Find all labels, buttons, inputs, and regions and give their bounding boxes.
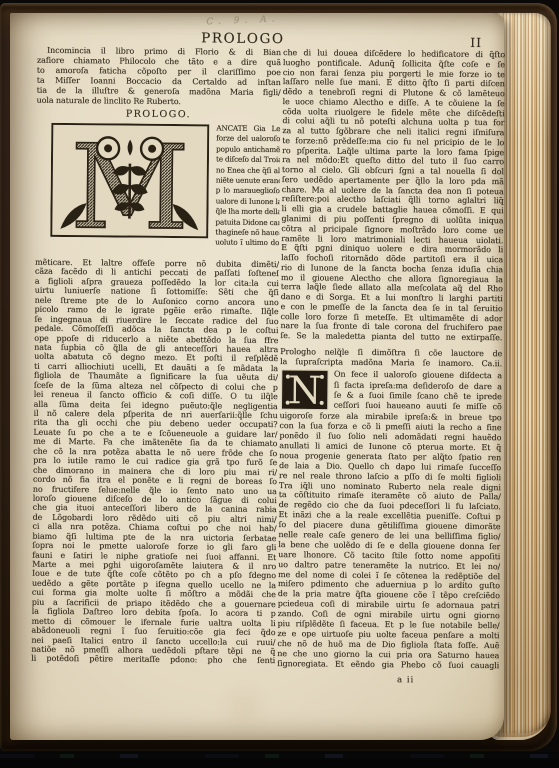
text-line: ualore di Iunone la	[216, 196, 280, 207]
text-line: te diſceſo dal Troia	[216, 155, 280, 166]
right-body-lines: che di lui douea diſcẽdere lo hedificato…	[280, 48, 505, 343]
text-line: uoluto ĩ ultimo do	[215, 238, 279, 249]
text-line: q̃le lha morte della	[215, 207, 279, 218]
incipit-paragraph: Incomincia il libro primo di Florio & di…	[36, 46, 281, 108]
table-surface-band	[0, 752, 559, 768]
book-page: C. 9. A. PROLOGO II Incomincia il libro …	[10, 13, 504, 740]
text-line: patuita Didone car	[215, 217, 279, 228]
text-line: no Enea che q̃ſi al	[216, 165, 280, 176]
text-line: forze del ualoroſo	[216, 134, 280, 145]
right-body-lines-2: uigoroſe forze ala mirabile ipreſa:& in …	[277, 411, 501, 670]
drop-cap-block-n: N On fece il ualoroſo giouene diſdecta a…	[280, 369, 502, 413]
initial-letter-n: N	[288, 369, 322, 410]
incipit-lines: zafiore chiamato Philocolo che tãto e a …	[37, 56, 281, 98]
text-line: ſignoregiata. Et eẽndo gia Phebo cõ ſuoi…	[277, 659, 499, 671]
text-line: li potẽdoſi pẽtire meritaſſe pdono: pho …	[31, 654, 275, 666]
woodcut-initial-n-icon: N	[281, 369, 329, 410]
left-text-column: Incomincia il libro primo di Florio & di…	[31, 46, 281, 666]
quire-signature: a ii	[277, 674, 499, 686]
printed-text-layer: C. 9. A. PROLOGO II Incomincia il libro …	[3, 12, 504, 744]
chapter-heading-line: la ſupraſcripta madõna Maria ſe inamoro.…	[280, 357, 502, 369]
incunable-book-photo: C. 9. A. PROLOGO II Incomincia il libro …	[0, 0, 559, 768]
chapter-heading: Prologho nelq̃le ſi dimõſtra ſi cõe lauc…	[280, 347, 502, 370]
text-line: niẽte uenute erano	[216, 175, 280, 186]
running-title: PROLOGO	[201, 30, 285, 47]
scan-noise-strip	[0, 754, 559, 758]
text-line: populo antichamẽ	[216, 144, 280, 155]
drop-cap-side-lines: ANCATE Gia Leforze del ualoroſopopulo an…	[215, 123, 280, 248]
right-text-column: che di lui douea diſcẽdere lo hedificato…	[277, 48, 505, 686]
text-line: thagineſe nõ hauea	[215, 227, 279, 238]
text-line: ſe. Se la maledetta pianta del tutto ne …	[280, 331, 502, 343]
left-body-lines: mẽticare. Et laltre offeſe porre nõ dubi…	[31, 258, 279, 666]
handwritten-annotation: C. 9. A.	[206, 14, 279, 27]
woodcut-initial-m-icon: M	[50, 123, 209, 239]
text-line: p lo maraueglioſo	[216, 186, 280, 197]
folio-number: II	[470, 35, 482, 50]
text-line: ANCATE Gia Le	[216, 123, 280, 134]
section-heading: PROLOGO.	[36, 108, 280, 122]
text-line: ceſſori ſuoi haueano auuti ſe miſſe cõ	[334, 400, 502, 412]
drop-cap-block-m: M	[35, 122, 280, 252]
drop-cap-side-lines: On fece il ualoroſo giouene diſdecta aſi…	[334, 370, 502, 412]
